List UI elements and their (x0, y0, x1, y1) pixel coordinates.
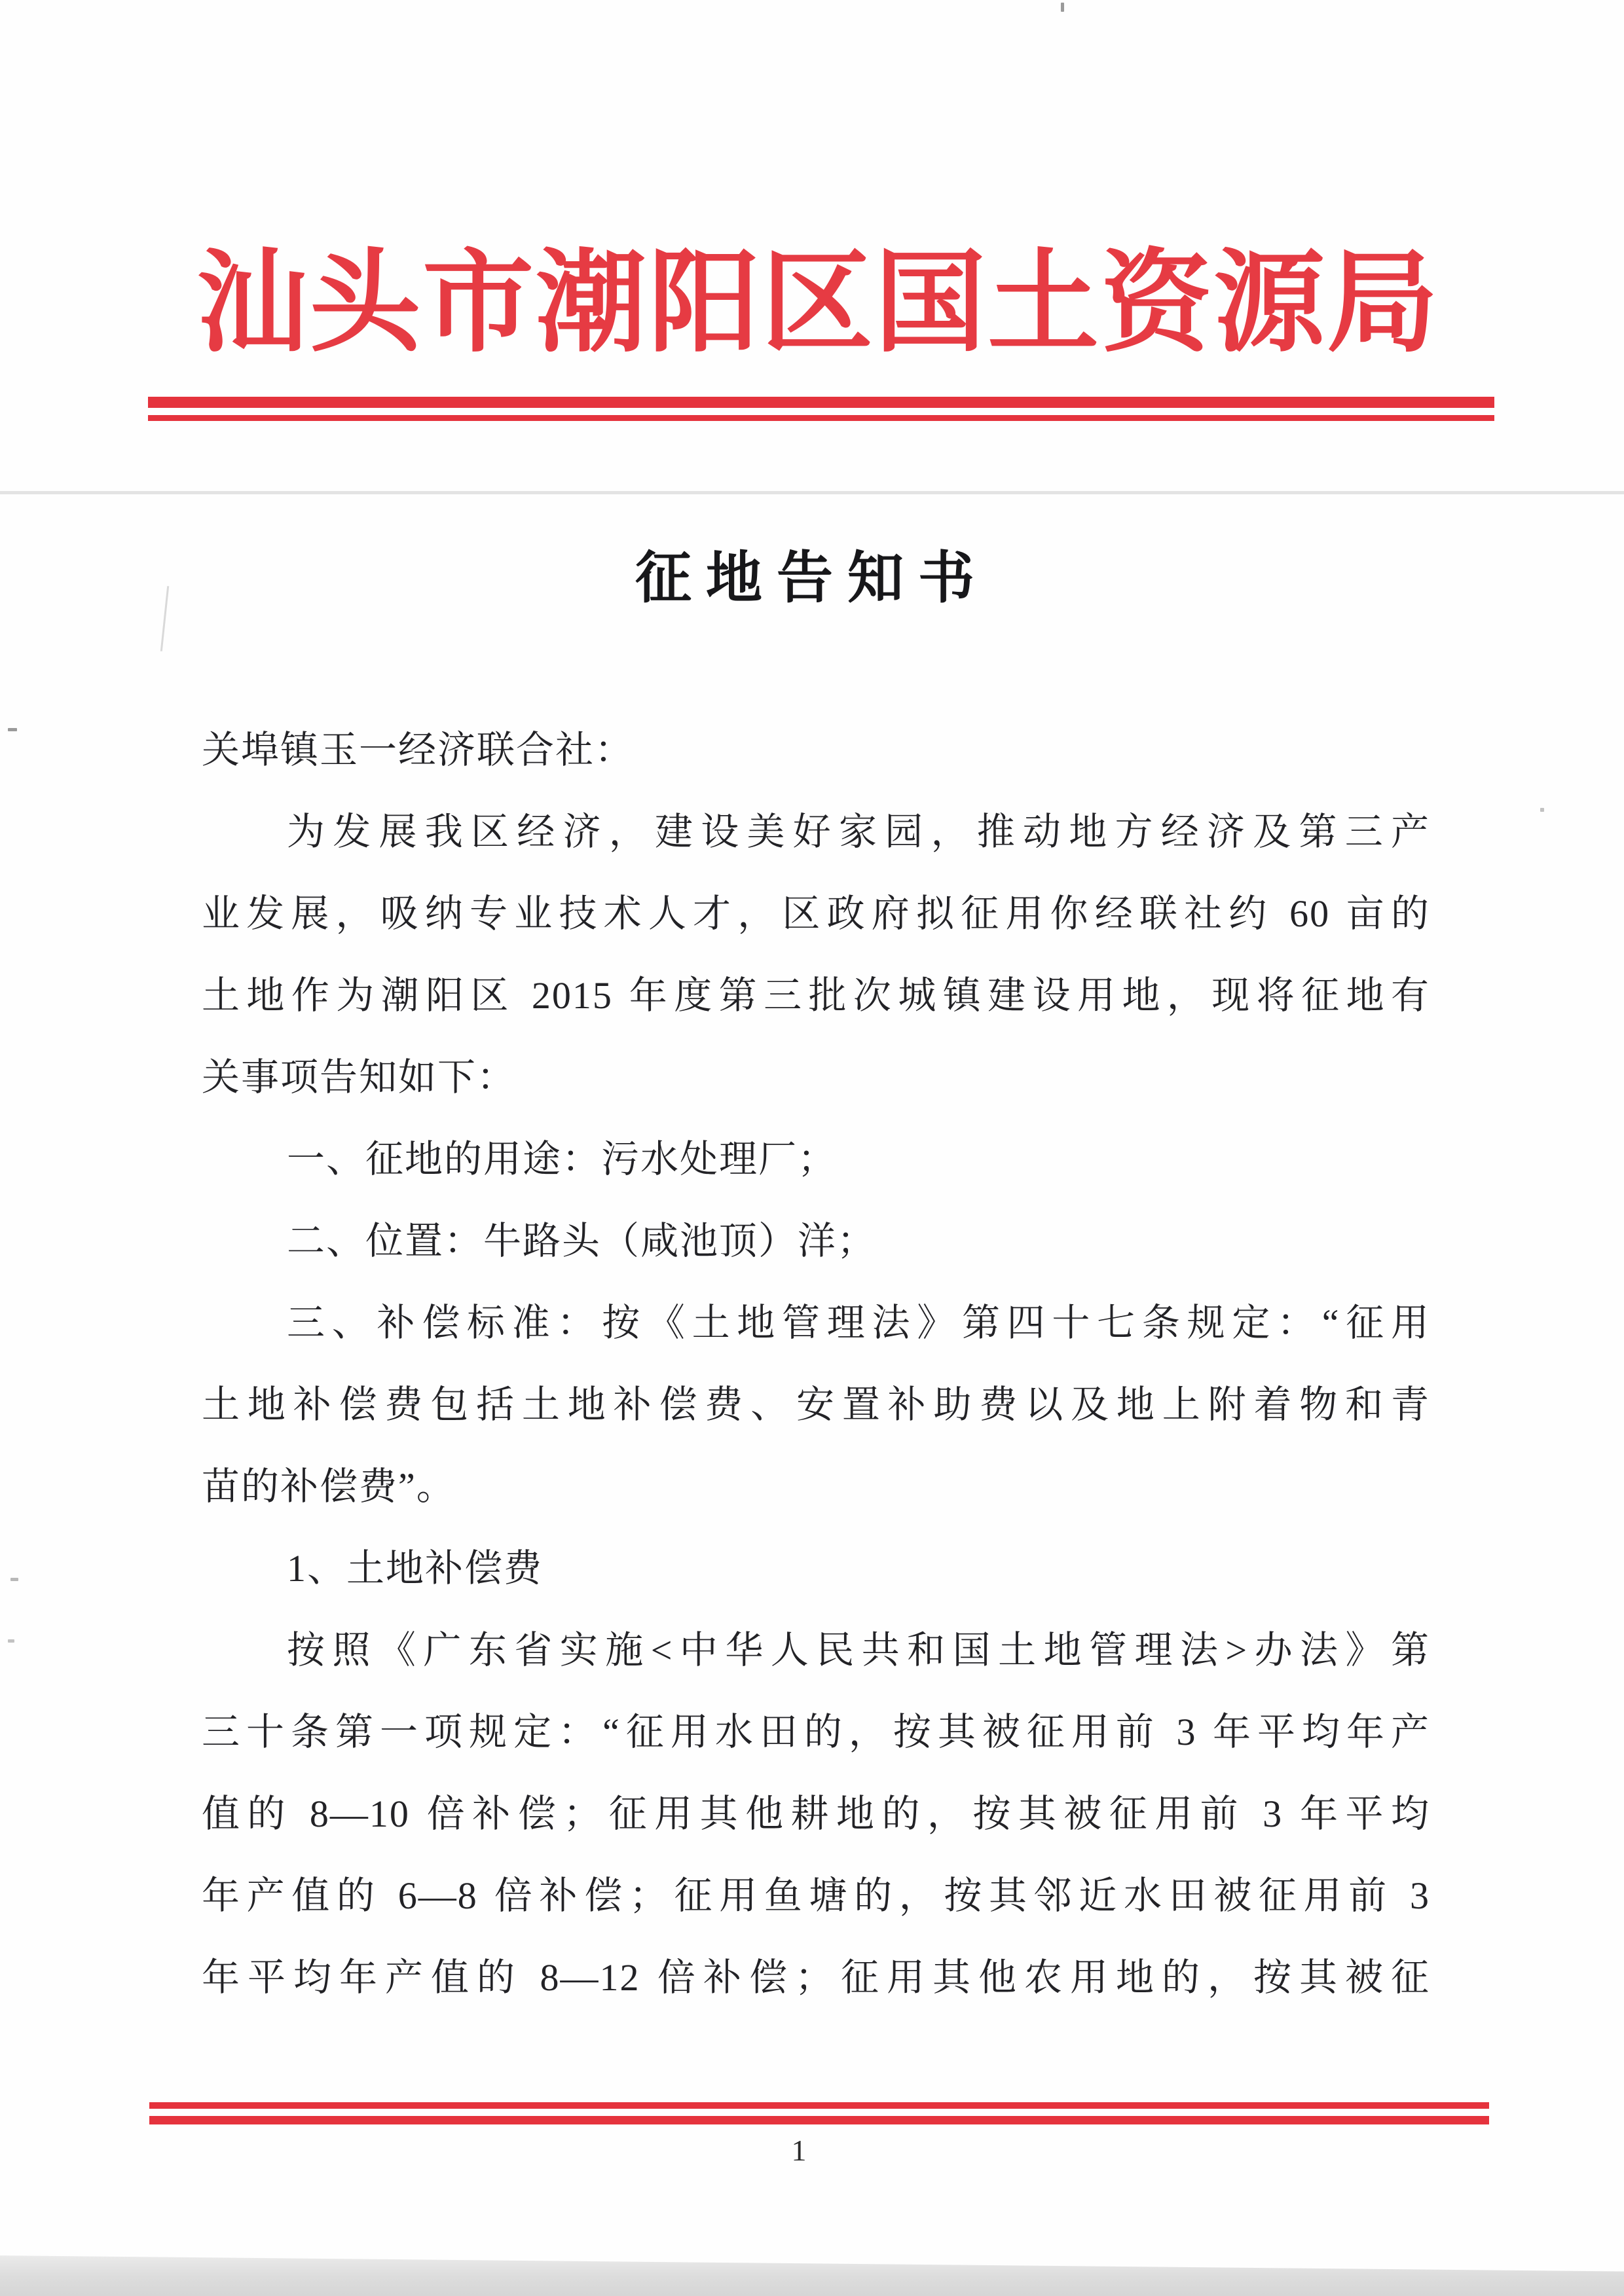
body-line: 年产值的 6—8 倍补偿；征用鱼塘的，按其邻近水田被征用前 3 (202, 1855, 1430, 1937)
letterhead-rule-thin (148, 415, 1494, 421)
body-line: 二、位置：牛路头（咸池顶）洋； (202, 1200, 1430, 1282)
footer-rule-2 (149, 2116, 1489, 2124)
document-body: 关埠镇玉一经济联合社： 为发展我区经济，建设美好家园，推动地方经济及第三产 业发… (202, 709, 1430, 2018)
body-line: 业发展，吸纳专业技术人才，区政府拟征用你经联社约 60 亩的 (202, 873, 1430, 955)
scan-speck (1540, 808, 1544, 812)
document-title: 征地告知书 (0, 545, 1624, 611)
body-line: 1、土地补偿费 (202, 1527, 1430, 1609)
footer-rule-1 (149, 2102, 1489, 2109)
body-line: 为发展我区经济，建设美好家园，推动地方经济及第三产 (202, 791, 1430, 873)
body-line: 土地作为潮阳区 2015 年度第三批次城镇建设用地，现将征地有 (202, 955, 1430, 1036)
letterhead-org-name: 汕头市潮阳区国土资源局 (196, 237, 1438, 371)
body-line: 关埠镇玉一经济联合社： (202, 709, 1430, 791)
body-line: 关事项告知如下： (202, 1036, 1430, 1118)
body-line: 三十条第一项规定：“征用水田的，按其被征用前 3 年平均年产 (202, 1691, 1430, 1773)
scan-speck (1061, 3, 1064, 12)
scan-streak-artifact (0, 491, 1624, 494)
body-line: 一、征地的用途：污水处理厂； (202, 1118, 1430, 1200)
body-line: 土地补偿费包括土地补偿费、安置补助费以及地上附着物和青 (202, 1364, 1430, 1446)
scanned-document-page: 汕头市潮阳区国土资源局 征地告知书 关埠镇玉一经济联合社： 为发展我区经济，建设… (0, 0, 1624, 2296)
body-line: 三、补偿标准：按《土地管理法》第四十七条规定：“征用 (202, 1282, 1430, 1364)
scan-speck (8, 1639, 14, 1643)
body-line: 值的 8—10 倍补偿；征用其他耕地的，按其被征用前 3 年平均 (202, 1773, 1430, 1855)
body-line: 按照《广东省实施<中华人民共和国土地管理法>办法》第 (202, 1609, 1430, 1691)
body-line: 年平均年产值的 8—12 倍补偿；征用其他农用地的，按其被征 (202, 1937, 1430, 2018)
scan-speck (8, 728, 17, 731)
body-line: 苗的补偿费”。 (202, 1446, 1430, 1527)
scan-shadow-artifact (0, 2249, 1624, 2296)
letterhead-rule-thick (148, 397, 1494, 408)
scan-speck (10, 1578, 18, 1581)
page-number: 1 (0, 2133, 1598, 2168)
